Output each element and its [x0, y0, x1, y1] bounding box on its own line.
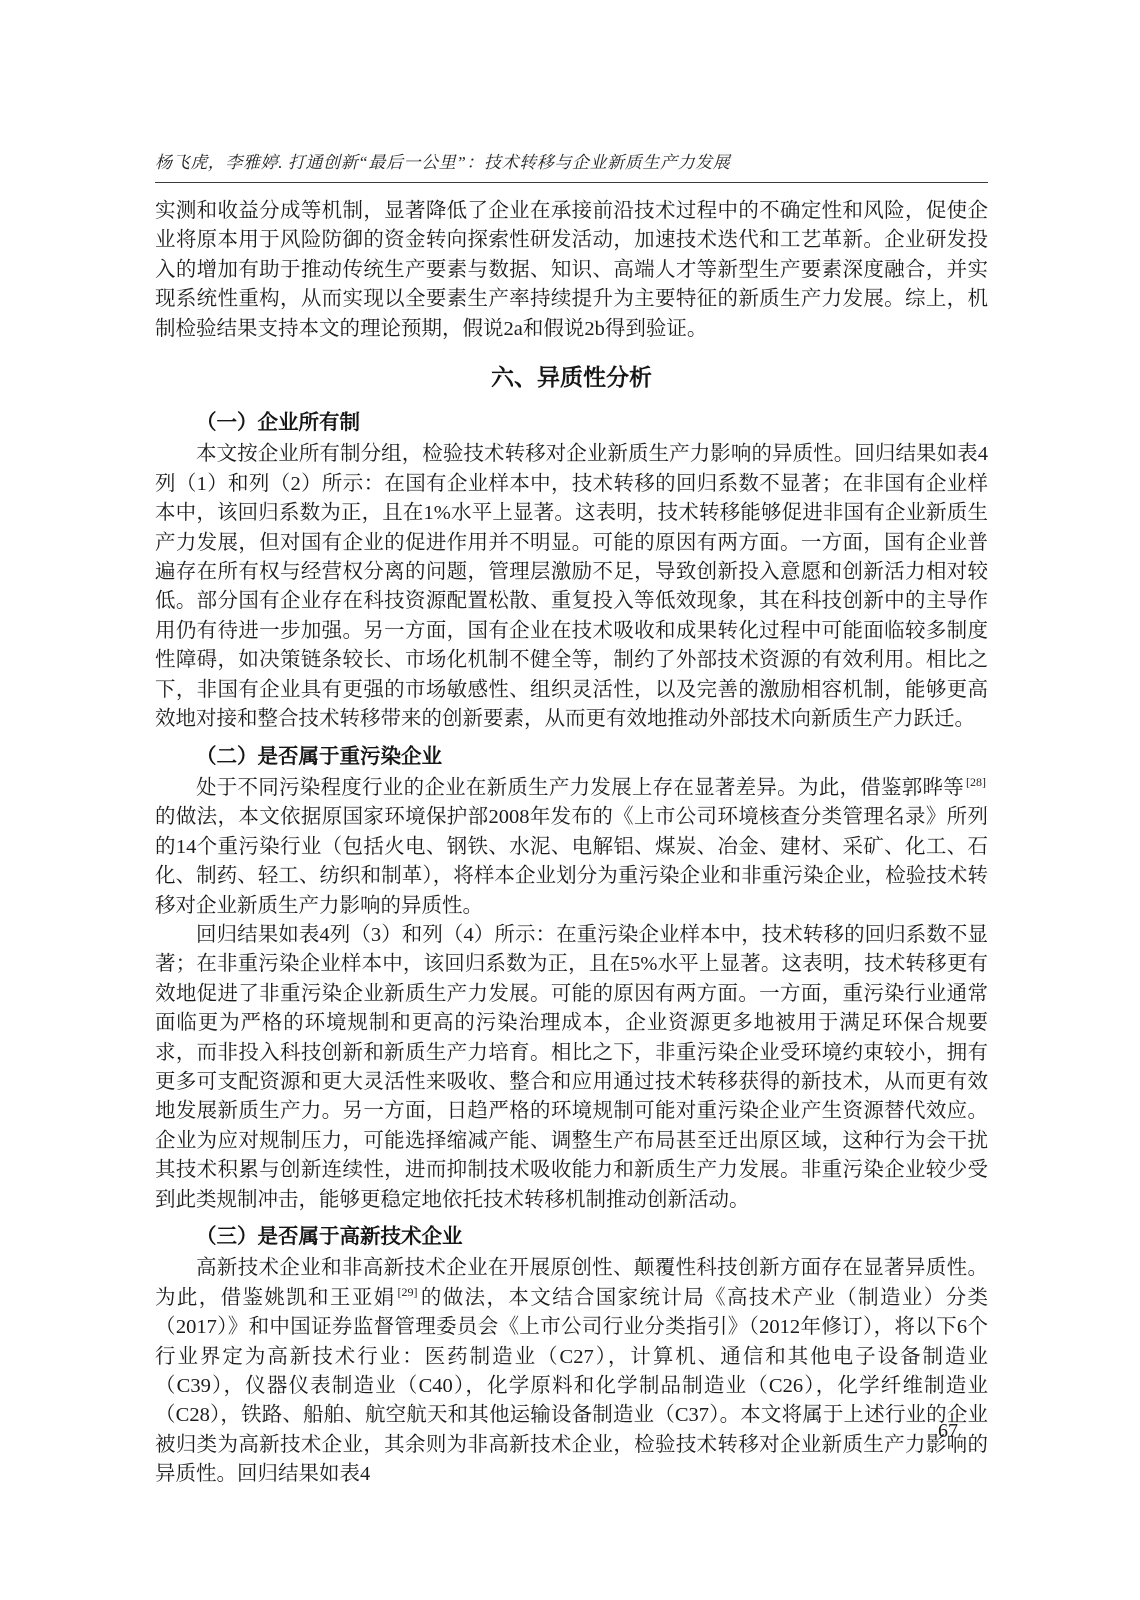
section-title-heterogeneity-analysis: 六、异质性分析	[155, 362, 988, 392]
paragraph-mechanism-conclusion: 实测和收益分成等机制，显著降低了企业在承接前沿技术过程中的不确定性和风险，促使企…	[155, 197, 988, 344]
subsection-title-ownership: （一）企业所有制	[155, 408, 988, 437]
paragraph-pollution-results: 回归结果如表4列（3）和列（4）所示：在重污染企业样本中，技术转移的回归系数不显…	[155, 921, 988, 1215]
paragraph-hightech-classification: 高新技术企业和非高新技术企业在开展原创性、颠覆性科技创新方面存在显著异质性。为此…	[155, 1254, 988, 1489]
body-text: 实测和收益分成等机制，显著降低了企业在承接前沿技术过程中的不确定性和风险，促使企…	[155, 197, 988, 1490]
subsection-title-heavy-pollution: （二）是否属于重污染企业	[155, 742, 988, 771]
page-content: 杨飞虎，李雅婷. 打通创新“最后一公里”：技术转移与企业新质生产力发展 实测和收…	[155, 148, 988, 1490]
running-head: 杨飞虎，李雅婷. 打通创新“最后一公里”：技术转移与企业新质生产力发展	[155, 148, 988, 183]
citation-superscript: [29]	[396, 1285, 420, 1299]
citation-superscript: [28]	[964, 775, 988, 789]
page-number: 67	[938, 1420, 958, 1443]
subsection-title-hightech: （三）是否属于高新技术企业	[155, 1222, 988, 1251]
paper-page: 杨飞虎，李雅婷. 打通创新“最后一公里”：技术转移与企业新质生产力发展 实测和收…	[0, 0, 1140, 1600]
paragraph-pollution-classification: 处于不同污染程度行业的企业在新质生产力发展上存在显著差异。为此，借鉴郭晔等[28…	[155, 774, 988, 921]
paragraph-ownership-analysis: 本文按企业所有制分组，检验技术转移对企业新质生产力影响的异质性。回归结果如表4列…	[155, 440, 988, 734]
